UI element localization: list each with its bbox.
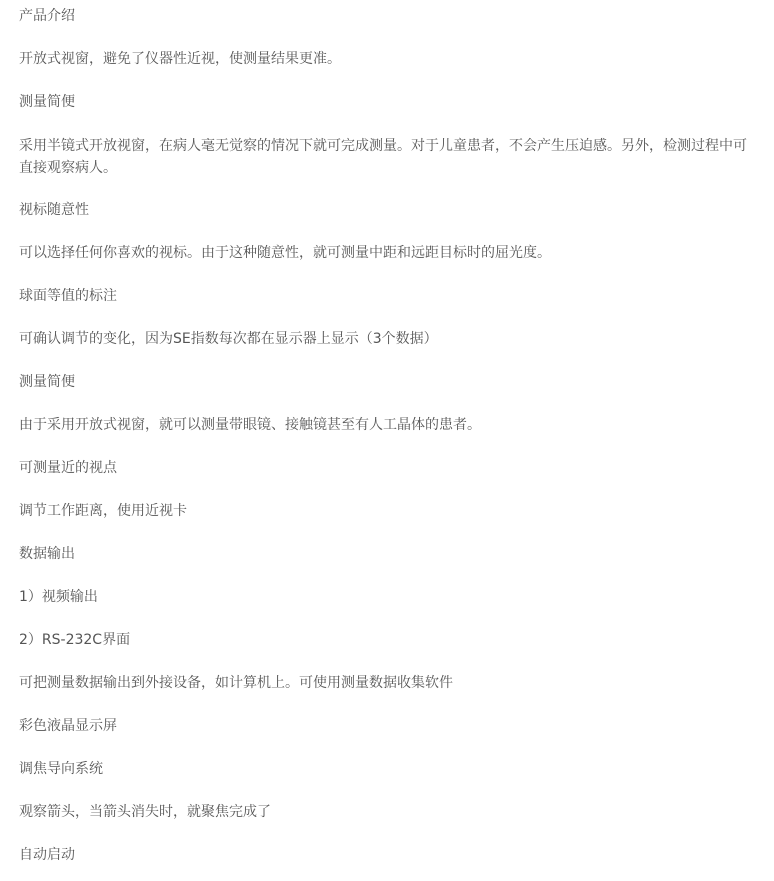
- product-description-document: 产品介绍 开放式视窗，避免了仪器性近视，使测量结果更准。 测量简便 采用半镜式开…: [0, 0, 774, 866]
- section-title-spherical-equivalent: 球面等值的标注: [19, 286, 759, 307]
- section-title-product-intro: 产品介绍: [19, 6, 759, 27]
- section-title-target-flexibility: 视标随意性: [19, 200, 759, 221]
- section-title-easy-measurement-2: 测量简便: [19, 372, 759, 393]
- list-item-video-output: 1）视频输出: [19, 587, 759, 608]
- section-title-easy-measurement: 测量简便: [19, 92, 759, 113]
- paragraph-glasses-contacts: 由于采用开放式视窗，就可以测量带眼镜、接触镜甚至有人工晶体的患者。: [19, 415, 759, 436]
- section-title-data-output: 数据输出: [19, 544, 759, 565]
- section-title-focus-guide: 调焦导向系统: [19, 759, 759, 780]
- section-title-near-point: 可测量近的视点: [19, 458, 759, 479]
- section-title-auto-start: 自动启动: [19, 845, 759, 866]
- paragraph-arrow-focus: 观察箭头，当箭头消失时，就聚焦完成了: [19, 802, 759, 823]
- paragraph-working-distance: 调节工作距离，使用近视卡: [19, 501, 759, 522]
- paragraph-external-device: 可把测量数据输出到外接设备，如计算机上。可使用测量数据收集软件: [19, 673, 759, 694]
- paragraph-se-index: 可确认调节的变化，因为SE指数每次都在显示器上显示（3个数据）: [19, 329, 759, 350]
- list-item-rs232c: 2）RS-232C界面: [19, 630, 759, 651]
- paragraph-half-mirror-window: 采用半镜式开放视窗，在病人毫无觉察的情况下就可完成测量。对于儿童患者，不会产生压…: [19, 135, 759, 179]
- paragraph-target-selection: 可以选择任何你喜欢的视标。由于这种随意性，就可测量中距和远距目标时的屈光度。: [19, 243, 759, 264]
- paragraph-open-window: 开放式视窗，避免了仪器性近视，使测量结果更准。: [19, 49, 759, 70]
- section-title-color-lcd: 彩色液晶显示屏: [19, 716, 759, 737]
